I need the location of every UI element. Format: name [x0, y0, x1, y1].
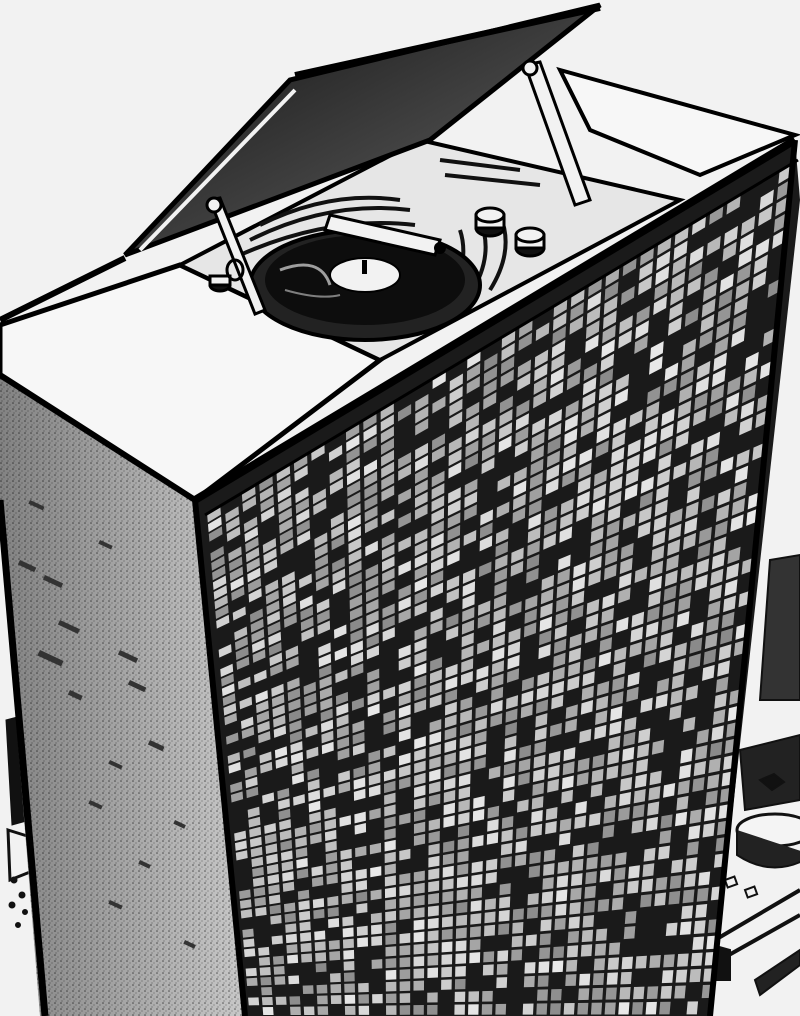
spindle — [362, 260, 367, 274]
vinyl-record — [330, 258, 400, 292]
knob-3 — [210, 276, 230, 291]
knob-1 — [476, 208, 504, 236]
skyscraper-record-player-illustration — [0, 0, 800, 1016]
knob-2 — [516, 228, 544, 256]
